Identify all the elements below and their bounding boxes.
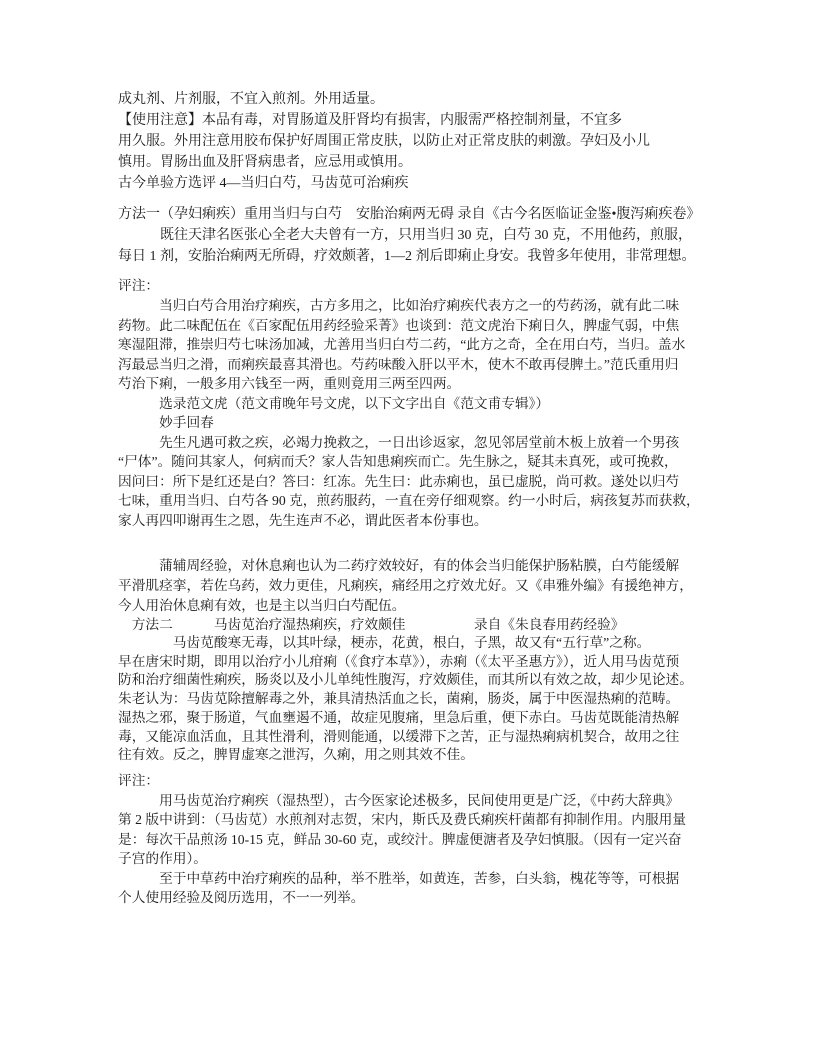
text-line: 用久服。外用注意用胶布保护好周围正常皮肤，以防止对正常皮肤的刺激。孕妇及小儿: [118, 131, 758, 152]
document-page: 成丸剂、片剂服，不宜入煎剂。外用适量。【使用注意】本品有毒，对胃肠道及肝肾均有损…: [0, 0, 816, 1056]
text-line: 今人用治休息痢有效，也是主以当归白芍配伍。: [118, 596, 758, 616]
text-line: 至于中草药中治疗痢疾的品种，举不胜举，如黄连，苦参，白头翁，槐花等等，可根据: [118, 869, 758, 888]
text-line: 平滑肌痉挛，若佐乌药，效力更佳，凡痢疾，痛经用之疗效尤好。又《串雅外编》有援绝神…: [118, 576, 758, 596]
text-line: 每日 1 剂，安胎治痢两无所碍，疗效颇著，1—2 剂后即痢止身安。我曾多年使用，…: [118, 246, 758, 267]
text-line: 个人使用经验及阅历选用，不一一列举。: [118, 888, 758, 907]
document-body: 成丸剂、片剂服，不宜入煎剂。外用适量。【使用注意】本品有毒，对胃肠道及肝肾均有损…: [118, 89, 758, 907]
text-line: 马齿苋酸寒无毒，以其叶绿，梗赤，花黄，根白，子黑，故又有“五行草”之称。: [118, 634, 758, 653]
block-pu-experience: 蒲辅周经验，对休息痢也认为二药疗效较好，有的体会当归能保护肠粘膜，白芍能缓解平滑…: [118, 556, 758, 616]
text-line: 妙手回春: [118, 413, 758, 433]
block-method2-para: 马齿苋酸寒无毒，以其叶绿，梗赤，花黄，根白，子黑，故又有“五行草”之称。早在唐宋…: [118, 634, 758, 765]
text-line: 药物。此二味配伍在《百家配伍用药经验采菁》也谈到：范文虎治下痢日久，脾虚气弱，中…: [118, 316, 758, 336]
text-line: 慎用。胃肠出血及肝肾病患者，应忌用或慎用。: [118, 152, 758, 173]
text-line: 朱老认为：马齿苋除擅解毒之外，兼具清热活血之长，菌痢，肠炎，属于中医湿热痢的范畴…: [118, 690, 758, 709]
block-fan-story: 先生凡遇可救之疾，必竭力挽救之，一日出诊返家，忽见邻居堂前木板上放着一个男孩“尸…: [118, 433, 758, 531]
text-line: 用马齿苋治疗痢疾（湿热型），古今医家论述极多，民间使用更是广泛，《中药大辞典》: [118, 791, 758, 810]
text-line: 因问曰：所下是红还是白？答曰：红冻。先生曰：此赤痢也，虽已虚脱，尚可救。遂处以归…: [118, 472, 758, 492]
text-line: 成丸剂、片剂服，不宜入煎剂。外用适量。: [118, 89, 758, 110]
text-line: “尸体”。随问其家人，何病而夭？家人告知患痢疾而亡。先生脉之，疑其未真死，或可挽…: [118, 452, 758, 472]
text-line: 是：每次干品煎汤 10-15 克，鲜品 30-60 克，或绞汁。脾虚便溏者及孕妇…: [118, 830, 758, 849]
text-line: 防和治疗细菌性痢疾，肠炎以及小儿单纯性腹泻，疗效颇佳，而其所以有效之故，却少见论…: [118, 671, 758, 690]
block-intro: 成丸剂、片剂服，不宜入煎剂。外用适量。【使用注意】本品有毒，对胃肠道及肝肾均有损…: [118, 89, 758, 194]
block-comment2-para: 用马齿苋治疗痢疾（湿热型），古今医家论述极多，民间使用更是广泛，《中药大辞典》第…: [118, 791, 758, 869]
text-line: 毒，又能凉血活血，且其性滑利，滑则能通，以缓滞下之苦，正与湿热痢病机契合，故用之…: [118, 728, 758, 747]
text-line: 评注：: [118, 771, 758, 791]
text-line: 第 2 版中讲到：（马齿苋）水煎剂对志贺，宋内，斯氏及费氏痢疾杆菌都有抑制作用。…: [118, 810, 758, 829]
text-line: 湿热之邪，聚于肠道，气血壅遏不通，故症见腹痛，里急后重，便下赤白。马齿苋既能清热…: [118, 709, 758, 728]
text-line: 家人再四叩谢再生之恩，先生连声不必，谓此医者本份事也。: [118, 511, 758, 531]
text-line: 子宫的作用）。: [118, 849, 758, 868]
text-line: 评注：: [118, 275, 758, 296]
text-line: 往有效。反之，脾胃虚寒之泄泻，久痢，用之则其效不佳。: [118, 746, 758, 765]
block-comment1-para: 当归白芍合用治疗痢疾，古方多用之，比如治疗痢疾代表方之一的芍药汤，就有此二味药物…: [118, 296, 758, 394]
block-fan-excerpt: 选录范文虎（范文甫晚年号文虎，以下文字出自《范文甫专辑》） 妙手回春: [118, 394, 758, 433]
text-line: 【使用注意】本品有毒，对胃肠道及肝肾均有损害，内服需严格控制剂量，不宜多: [118, 110, 758, 131]
text-line: 既往天津名医张心全老大夫曾有一方，只用当归 30 克，白芍 30 克，不用他药，…: [118, 225, 758, 246]
text-line: 寒湿阻滞，推崇归芍七味汤加减，尤善用当归白芍二药，“此方之奇，全在用白芍，当归。…: [118, 335, 758, 355]
text-line: 选录范文虎（范文甫晚年号文虎，以下文字出自《范文甫专辑》）: [118, 394, 758, 414]
block-comment1-label: 评注：: [118, 275, 758, 296]
text-line: 方法二 马齿苋治疗湿热痢疾，疗效颇佳 录自《朱良春用药经验》: [118, 616, 758, 634]
block-comment2-label: 评注：: [118, 771, 758, 791]
text-line: 七味，重用当归、白芍各 90 克，煎药服药，一直在旁仔细观察。约一小时后，病孩复…: [118, 491, 758, 511]
text-line: 蒲辅周经验，对休息痢也认为二药疗效较好，有的体会当归能保护肠粘膜，白芍能缓解: [118, 556, 758, 576]
block-method1: 方法一（孕妇痢疾）重用当归与白芍 安胎治痢两无碍 录自《古今名医临证金鉴•腹泻痢…: [118, 204, 758, 267]
text-line: 当归白芍合用治疗痢疾，古方多用之，比如治疗痢疾代表方之一的芍药汤，就有此二味: [118, 296, 758, 316]
text-line: 泻最忌当归之滑，而痢疾最喜其滑也。芍药味酸入肝以平木，使木不敢再侵脾土。”范氏重…: [118, 355, 758, 375]
text-line: 方法一（孕妇痢疾）重用当归与白芍 安胎治痢两无碍 录自《古今名医临证金鉴•腹泻痢…: [118, 204, 758, 225]
text-line: 芍治下痢，一般多用六钱至一两，重则竟用三两至四两。: [118, 374, 758, 394]
text-line: 古今单验方选评 4—当归白芍，马齿苋可治痢疾: [118, 173, 758, 194]
block-closing: 至于中草药中治疗痢疾的品种，举不胜举，如黄连，苦参，白头翁，槐花等等，可根据个人…: [118, 869, 758, 908]
text-line: 早在唐宋时期，即用以治疗小儿疳痢（《食疗本草》），赤痢（《太平圣惠方》），近人用…: [118, 653, 758, 672]
text-line: 先生凡遇可救之疾，必竭力挽救之，一日出诊返家，忽见邻居堂前木板上放着一个男孩: [118, 433, 758, 453]
block-method2-heading: 方法二 马齿苋治疗湿热痢疾，疗效颇佳 录自《朱良春用药经验》: [118, 616, 758, 634]
